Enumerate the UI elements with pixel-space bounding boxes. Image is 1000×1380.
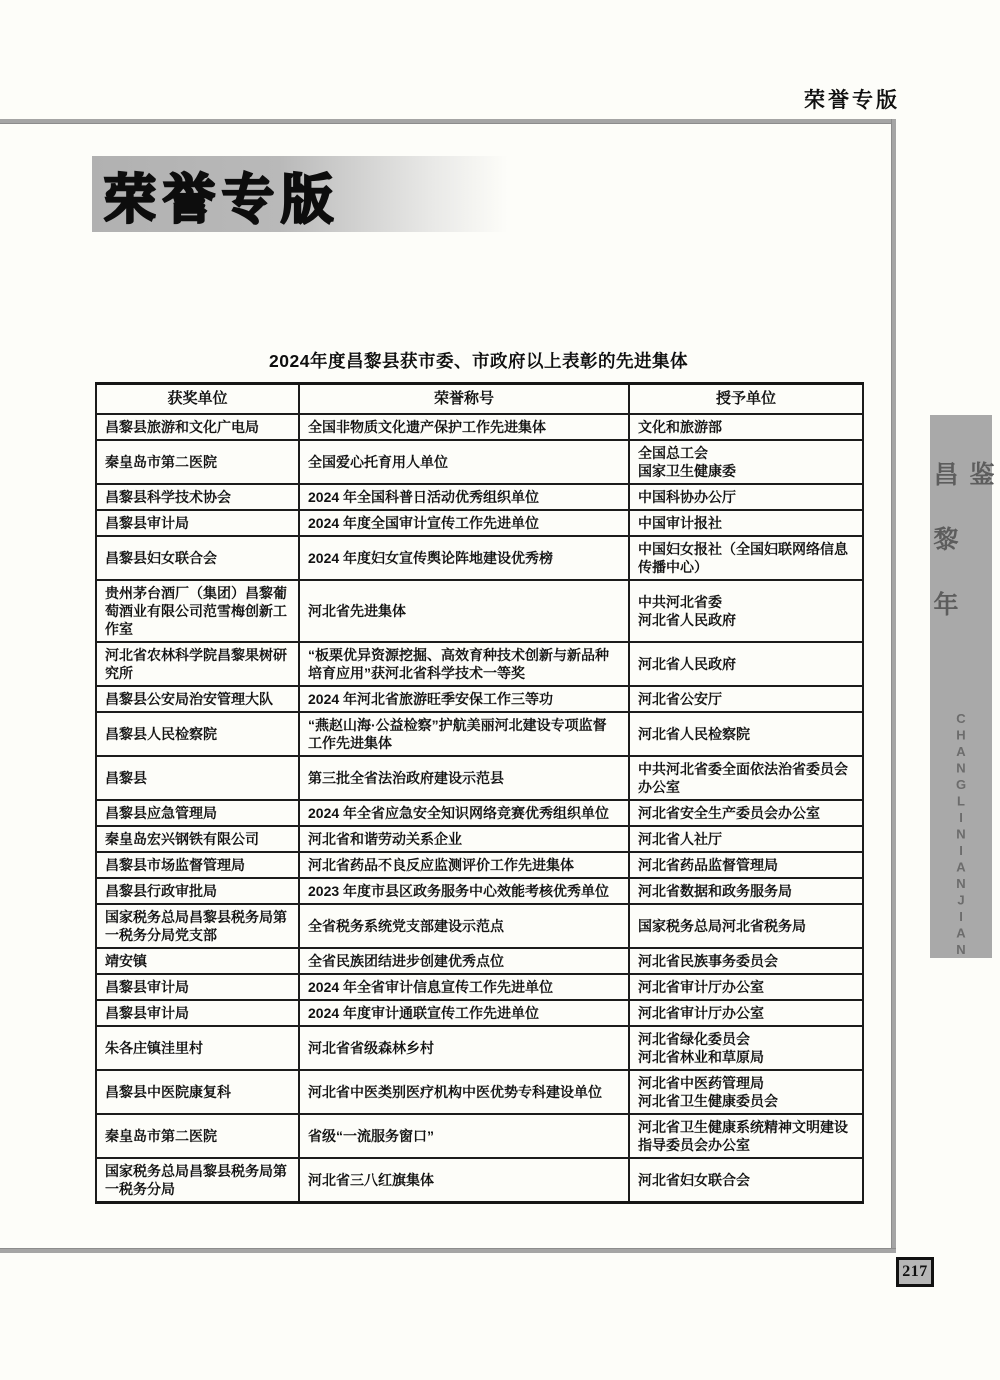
header-honor: 荣誉称号 — [299, 384, 629, 415]
awarder-cell: 河北省数据和政务服务局 — [629, 878, 863, 904]
honor-cell: 2024 年度全国审计宣传工作先进单位 — [299, 510, 629, 536]
section-banner-title: 荣誉专版 — [92, 156, 340, 233]
awarder-cell: 文化和旅游部 — [629, 414, 863, 440]
awarder-cell: 全国总工会 国家卫生健康委 — [629, 440, 863, 484]
awarder-cell: 中国妇女报社（全国妇联网络信息传播中心） — [629, 536, 863, 580]
awards-table-head: 获奖单位 荣誉称号 授予单位 — [96, 384, 863, 415]
unit-cell: 昌黎县行政审批局 — [96, 878, 299, 904]
honor-cell: 河北省药品不良反应监测评价工作先进集体 — [299, 852, 629, 878]
unit-cell: 昌黎县公安局治安管理大队 — [96, 686, 299, 712]
awarder-cell: 河北省民族事务委员会 — [629, 948, 863, 974]
page-number: 217 — [902, 1263, 928, 1281]
honor-cell: 2023 年度市县区政务服务中心效能考核优秀单位 — [299, 878, 629, 904]
unit-cell: 河北省农林科学院昌黎果树研究所 — [96, 642, 299, 686]
awarder-cell: 河北省中医药管理局 河北省卫生健康委员会 — [629, 1070, 863, 1114]
awarder-cell: 河北省人民政府 — [629, 642, 863, 686]
table-row: 昌黎县人民检察院“燕赵山海·公益检察”护航美丽河北建设专项监督工作先进集体河北省… — [96, 712, 863, 756]
unit-cell: 昌黎县中医院康复科 — [96, 1070, 299, 1114]
honor-cell: 河北省三八红旗集体 — [299, 1158, 629, 1203]
table-row: 河北省农林科学院昌黎果树研究所“板栗优异资源挖掘、高效育种技术创新与新品种培育应… — [96, 642, 863, 686]
awarder-cell: 河北省人民检察院 — [629, 712, 863, 756]
awarder-cell: 中共河北省委 河北省人民政府 — [629, 580, 863, 642]
table-row: 昌黎县审计局2024 年全省审计信息宣传工作先进单位河北省审计厅办公室 — [96, 974, 863, 1000]
honor-cell: 河北省和谐劳动关系企业 — [299, 826, 629, 852]
awarder-cell: 河北省审计厅办公室 — [629, 1000, 863, 1026]
unit-cell: 国家税务总局昌黎县税务局第一税务分局党支部 — [96, 904, 299, 948]
honor-cell: 全国非物质文化遗产保护工作先进集体 — [299, 414, 629, 440]
table-row: 昌黎县市场监督管理局河北省药品不良反应监测评价工作先进集体河北省药品监督管理局 — [96, 852, 863, 878]
awarder-cell: 河北省安全生产委员会办公室 — [629, 800, 863, 826]
unit-cell: 昌黎县 — [96, 756, 299, 800]
table-row: 昌黎县审计局2024 年度审计通联宣传工作先进单位河北省审计厅办公室 — [96, 1000, 863, 1026]
honor-cell: “板栗优异资源挖掘、高效育种技术创新与新品种培育应用”获河北省科学技术一等奖 — [299, 642, 629, 686]
table-row: 秦皇岛市第二医院全国爱心托育用人单位全国总工会 国家卫生健康委 — [96, 440, 863, 484]
honor-cell: “燕赵山海·公益检察”护航美丽河北建设专项监督工作先进集体 — [299, 712, 629, 756]
honor-cell: 2024 年全省应急安全知识网络竞赛优秀组织单位 — [299, 800, 629, 826]
unit-cell: 昌黎县审计局 — [96, 510, 299, 536]
table-row: 国家税务总局昌黎县税务局第一税务分局党支部全省税务系统党支部建设示范点国家税务总… — [96, 904, 863, 948]
unit-cell: 秦皇岛市第二医院 — [96, 440, 299, 484]
unit-cell: 朱各庄镇洼里村 — [96, 1026, 299, 1070]
awarder-cell: 河北省公安厅 — [629, 686, 863, 712]
unit-cell: 贵州茅台酒厂（集团）昌黎葡萄酒业有限公司范雪梅创新工作室 — [96, 580, 299, 642]
unit-cell: 昌黎县人民检察院 — [96, 712, 299, 756]
table-row: 昌黎县中医院康复科河北省中医类别医疗机构中医优势专科建设单位河北省中医药管理局 … — [96, 1070, 863, 1114]
table-row: 秦皇岛市第二医院省级“一流服务窗口”河北省卫生健康系统精神文明建设指导委员会办公… — [96, 1114, 863, 1158]
unit-cell: 秦皇岛宏兴钢铁有限公司 — [96, 826, 299, 852]
header-awarder: 授予单位 — [629, 384, 863, 415]
section-banner: 荣誉专版 — [92, 156, 508, 232]
honor-cell: 2024 年全省审计信息宣传工作先进单位 — [299, 974, 629, 1000]
unit-cell: 昌黎县审计局 — [96, 1000, 299, 1026]
table-row: 靖安镇全省民族团结进步创建优秀点位河北省民族事务委员会 — [96, 948, 863, 974]
unit-cell: 秦皇岛市第二医院 — [96, 1114, 299, 1158]
awarder-cell: 河北省卫生健康系统精神文明建设指导委员会办公室 — [629, 1114, 863, 1158]
honor-cell: 省级“一流服务窗口” — [299, 1114, 629, 1158]
edge-tab: 昌黎年鉴 CHANGLINIANJIAN — [930, 415, 992, 958]
unit-cell: 昌黎县科学技术协会 — [96, 484, 299, 510]
header-row: 获奖单位 荣誉称号 授予单位 — [96, 384, 863, 415]
table-row: 昌黎县第三批全省法治政府建设示范县中共河北省委全面依法治省委员会办公室 — [96, 756, 863, 800]
frame-bottom-rule — [0, 1248, 896, 1253]
honor-cell: 2024 年河北省旅游旺季安保工作三等功 — [299, 686, 629, 712]
honor-cell: 2024 年度审计通联宣传工作先进单位 — [299, 1000, 629, 1026]
honor-cell: 2024 年全国科普日活动优秀组织单位 — [299, 484, 629, 510]
awarder-cell: 中共河北省委全面依法治省委员会办公室 — [629, 756, 863, 800]
unit-cell: 昌黎县应急管理局 — [96, 800, 299, 826]
unit-cell: 国家税务总局昌黎县税务局第一税务分局 — [96, 1158, 299, 1203]
page-number-box: 217 — [896, 1257, 934, 1287]
edge-tab-subtitle: CHANGLINIANJIAN — [954, 711, 969, 959]
table-row: 秦皇岛宏兴钢铁有限公司河北省和谐劳动关系企业河北省人社厅 — [96, 826, 863, 852]
table-row: 昌黎县旅游和文化广电局全国非物质文化遗产保护工作先进集体文化和旅游部 — [96, 414, 863, 440]
awarder-cell: 河北省妇女联合会 — [629, 1158, 863, 1203]
edge-tab-title: 昌黎年鉴 — [925, 461, 997, 697]
unit-cell: 昌黎县旅游和文化广电局 — [96, 414, 299, 440]
awarder-cell: 中国审计报社 — [629, 510, 863, 536]
unit-cell: 昌黎县妇女联合会 — [96, 536, 299, 580]
awarder-cell: 国家税务总局河北省税务局 — [629, 904, 863, 948]
table-row: 昌黎县科学技术协会2024 年全国科普日活动优秀组织单位中国科协办公厅 — [96, 484, 863, 510]
header-unit: 获奖单位 — [96, 384, 299, 415]
awards-table: 获奖单位 荣誉称号 授予单位 昌黎县旅游和文化广电局全国非物质文化遗产保护工作先… — [95, 382, 864, 1204]
honor-cell: 全省税务系统党支部建设示范点 — [299, 904, 629, 948]
table-row: 昌黎县妇女联合会2024 年度妇女宣传舆论阵地建设优秀榜中国妇女报社（全国妇联网… — [96, 536, 863, 580]
honor-cell: 第三批全省法治政府建设示范县 — [299, 756, 629, 800]
table-row: 昌黎县公安局治安管理大队2024 年河北省旅游旺季安保工作三等功河北省公安厅 — [96, 686, 863, 712]
honor-cell: 河北省先进集体 — [299, 580, 629, 642]
table-row: 昌黎县应急管理局2024 年全省应急安全知识网络竞赛优秀组织单位河北省安全生产委… — [96, 800, 863, 826]
frame-right-rule — [891, 119, 896, 1252]
awards-table-body: 昌黎县旅游和文化广电局全国非物质文化遗产保护工作先进集体文化和旅游部秦皇岛市第二… — [96, 414, 863, 1203]
table-title: 2024年度昌黎县获市委、市政府以上表彰的先进集体 — [95, 348, 862, 373]
unit-cell: 昌黎县市场监督管理局 — [96, 852, 299, 878]
unit-cell: 昌黎县审计局 — [96, 974, 299, 1000]
awarder-cell: 河北省审计厅办公室 — [629, 974, 863, 1000]
awarder-cell: 河北省人社厅 — [629, 826, 863, 852]
honor-cell: 2024 年度妇女宣传舆论阵地建设优秀榜 — [299, 536, 629, 580]
unit-cell: 靖安镇 — [96, 948, 299, 974]
awarder-cell: 中国科协办公厅 — [629, 484, 863, 510]
table-row: 朱各庄镇洼里村河北省省级森林乡村河北省绿化委员会 河北省林业和草原局 — [96, 1026, 863, 1070]
honor-cell: 全国爱心托育用人单位 — [299, 440, 629, 484]
table-row: 昌黎县行政审批局2023 年度市县区政务服务中心效能考核优秀单位河北省数据和政务… — [96, 878, 863, 904]
honor-cell: 河北省中医类别医疗机构中医优势专科建设单位 — [299, 1070, 629, 1114]
honor-cell: 河北省省级森林乡村 — [299, 1026, 629, 1070]
running-head: 荣誉专版 — [804, 84, 900, 114]
frame-top-rule — [0, 119, 896, 124]
table-row: 贵州茅台酒厂（集团）昌黎葡萄酒业有限公司范雪梅创新工作室河北省先进集体中共河北省… — [96, 580, 863, 642]
awarder-cell: 河北省绿化委员会 河北省林业和草原局 — [629, 1026, 863, 1070]
honor-cell: 全省民族团结进步创建优秀点位 — [299, 948, 629, 974]
table-row: 国家税务总局昌黎县税务局第一税务分局河北省三八红旗集体河北省妇女联合会 — [96, 1158, 863, 1203]
table-row: 昌黎县审计局2024 年度全国审计宣传工作先进单位中国审计报社 — [96, 510, 863, 536]
awarder-cell: 河北省药品监督管理局 — [629, 852, 863, 878]
